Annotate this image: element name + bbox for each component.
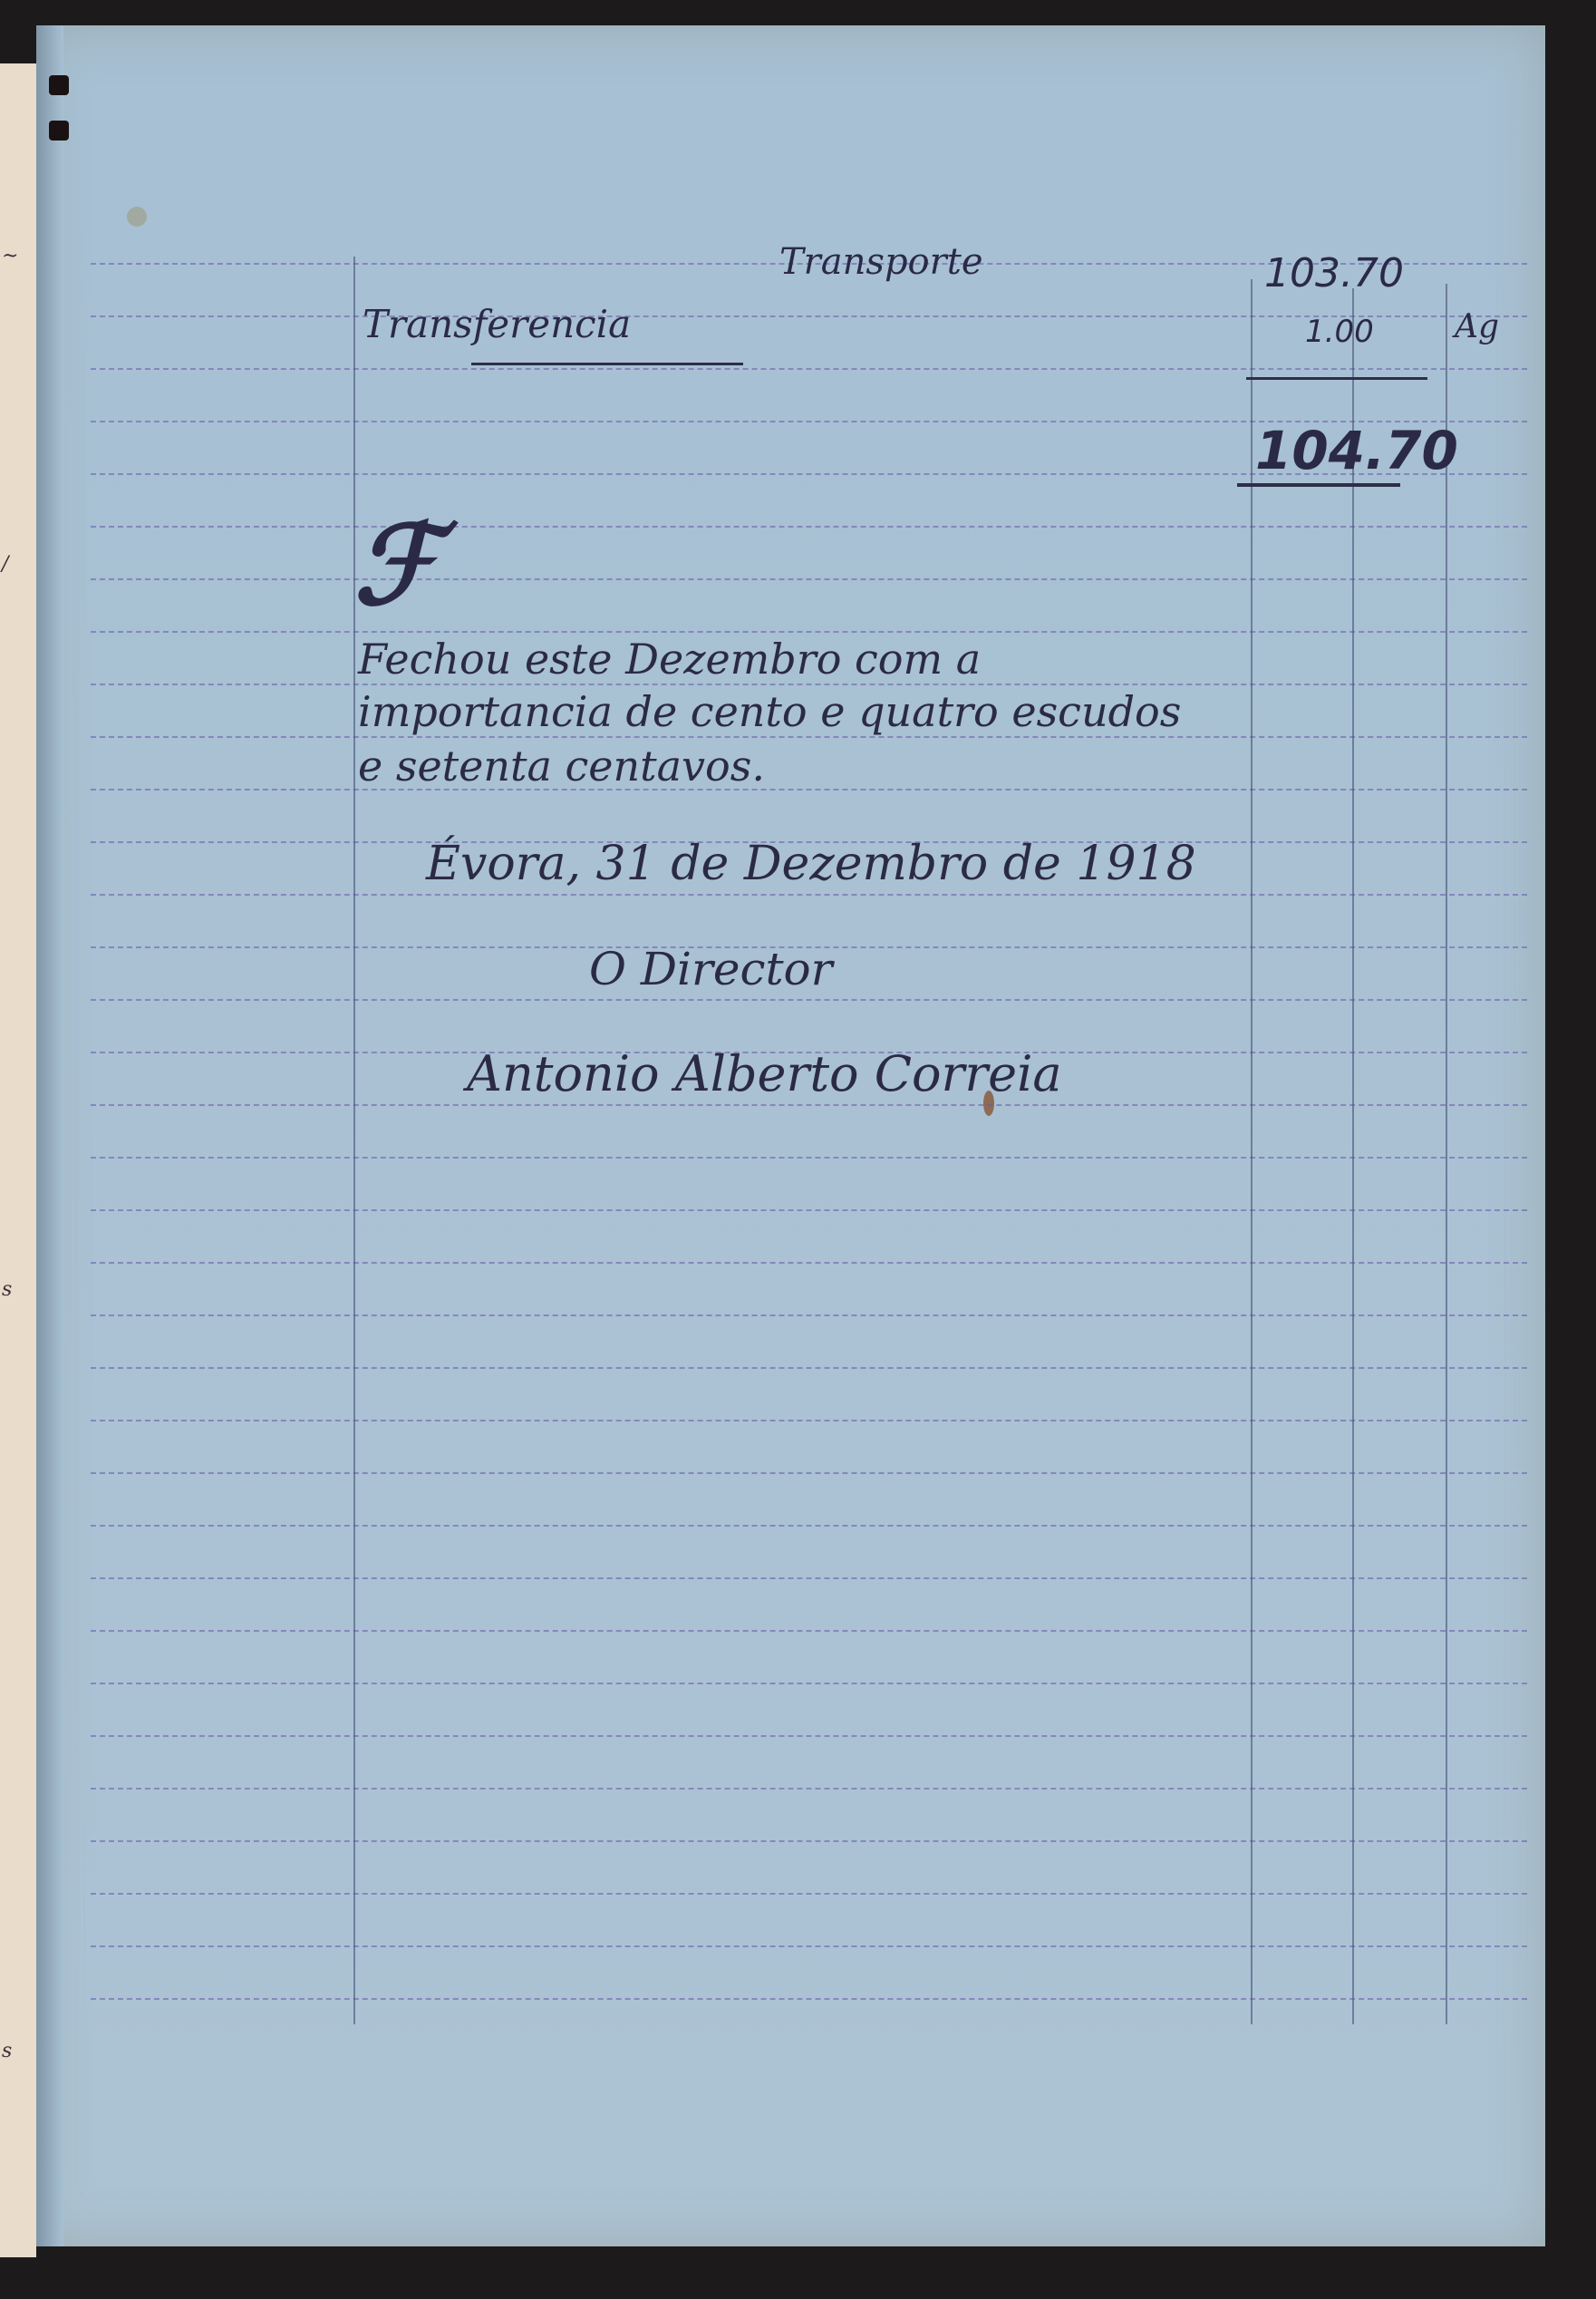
column-line <box>1251 279 1253 2024</box>
closing-line-1: Fechou este Dezembro com a <box>358 635 981 684</box>
ruled-line <box>91 631 1527 633</box>
closing-line-2: importancia de cento e quatro escudos <box>358 687 1181 736</box>
amount-transporte: 103.70 <box>1264 250 1404 296</box>
adjacent-page-scribble: ~ <box>2 245 18 267</box>
binding-staple <box>49 75 69 95</box>
ruled-line <box>91 1945 1527 1947</box>
ruled-line <box>91 1314 1527 1316</box>
binding-gutter <box>36 25 63 2246</box>
column-line <box>1352 288 1354 2024</box>
ruled-line <box>91 1630 1527 1632</box>
total-underline <box>1237 483 1400 487</box>
flourish-initial: ℱ <box>353 501 439 629</box>
ruled-line <box>91 684 1527 685</box>
binding-staple <box>49 121 69 141</box>
adjacent-page-scribble: / <box>2 553 8 576</box>
sum-rule <box>1246 377 1427 380</box>
ruled-line <box>91 894 1527 896</box>
transporte-label: Transporte <box>779 241 983 283</box>
adjacent-page-edge: ~ / s s <box>0 63 36 2257</box>
ruled-line <box>91 1262 1527 1264</box>
ruled-line <box>91 1472 1527 1474</box>
ruled-line <box>91 368 1527 370</box>
ruled-line <box>91 578 1527 580</box>
ruled-line <box>91 1367 1527 1369</box>
ruled-line <box>91 1788 1527 1790</box>
amount-entry: 1.00 <box>1305 314 1374 350</box>
ledger-total: 104.70 <box>1255 420 1458 481</box>
ledger-page: Transporte Transferencia 103.70 1.00 Ag … <box>36 25 1545 2246</box>
entry-description: Transferencia <box>363 302 631 346</box>
ruled-line <box>91 1840 1527 1842</box>
director-signature: Antonio Alberto Correia <box>467 1045 1062 1102</box>
ruled-line <box>91 789 1527 791</box>
closing-line-3: e setenta centavos. <box>358 742 765 791</box>
ruled-line <box>91 1577 1527 1579</box>
ruled-line <box>91 1998 1527 2000</box>
director-title: O Director <box>589 943 833 995</box>
ruled-line <box>91 736 1527 738</box>
ruled-line <box>91 1893 1527 1895</box>
column-line <box>1446 284 1447 2024</box>
ruled-line <box>91 999 1527 1001</box>
place-date: Évora, 31 de Dezembro de 1918 <box>426 837 1196 891</box>
adjacent-page-scribble: s <box>2 1278 12 1301</box>
ruled-line <box>91 1157 1527 1159</box>
ruled-line <box>91 1683 1527 1684</box>
ruled-line <box>91 526 1527 528</box>
ruled-line <box>91 1420 1527 1421</box>
entry-note: Ag <box>1455 308 1499 345</box>
ruled-line <box>91 1735 1527 1737</box>
flourish-underline <box>471 363 743 365</box>
ruled-line <box>91 1104 1527 1106</box>
ruled-line <box>91 1209 1527 1211</box>
stain <box>127 207 147 227</box>
ruled-line <box>91 1525 1527 1527</box>
adjacent-page-scribble: s <box>2 2040 12 2062</box>
